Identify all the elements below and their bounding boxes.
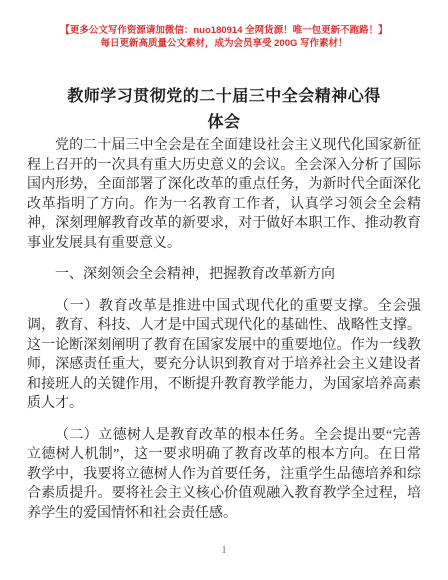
document-body: 党的二十届三中全会是在全面建设社会主义现代化国家新征程上召开的一次具有重大历史意… [27, 136, 421, 535]
section-heading-1: 一、深刻领会全会精神，把握教育改革新方向 [27, 265, 421, 285]
document-page: 【更多公文写作资源请加微信：nuo180914 全网货源！唯一包更新不跑路！】 … [0, 0, 448, 580]
promo-line-2: 每日更新高质量公文素材，成为会员享受 200G 写作素材！ [0, 37, 448, 50]
promo-header: 【更多公文写作资源请加微信：nuo180914 全网货源！唯一包更新不跑路！】 … [0, 24, 448, 50]
page-number: 1 [0, 545, 448, 556]
paragraph-point-1: （一）教育改革是推进中国式现代化的重要支撑。全会强调，教育、科技、人才是中国式现… [27, 297, 421, 414]
document-title: 教师学习贯彻党的二十届三中全会精神心得体会 [62, 84, 386, 136]
paragraph-intro: 党的二十届三中全会是在全面建设社会主义现代化国家新征程上召开的一次具有重大历史意… [27, 136, 421, 253]
promo-line-1: 【更多公文写作资源请加微信：nuo180914 全网货源！唯一包更新不跑路！】 [0, 24, 448, 37]
paragraph-point-2: （二）立德树人是教育改革的根本任务。全会提出要“完善立德树人机制”，这一要求明确… [27, 426, 421, 524]
